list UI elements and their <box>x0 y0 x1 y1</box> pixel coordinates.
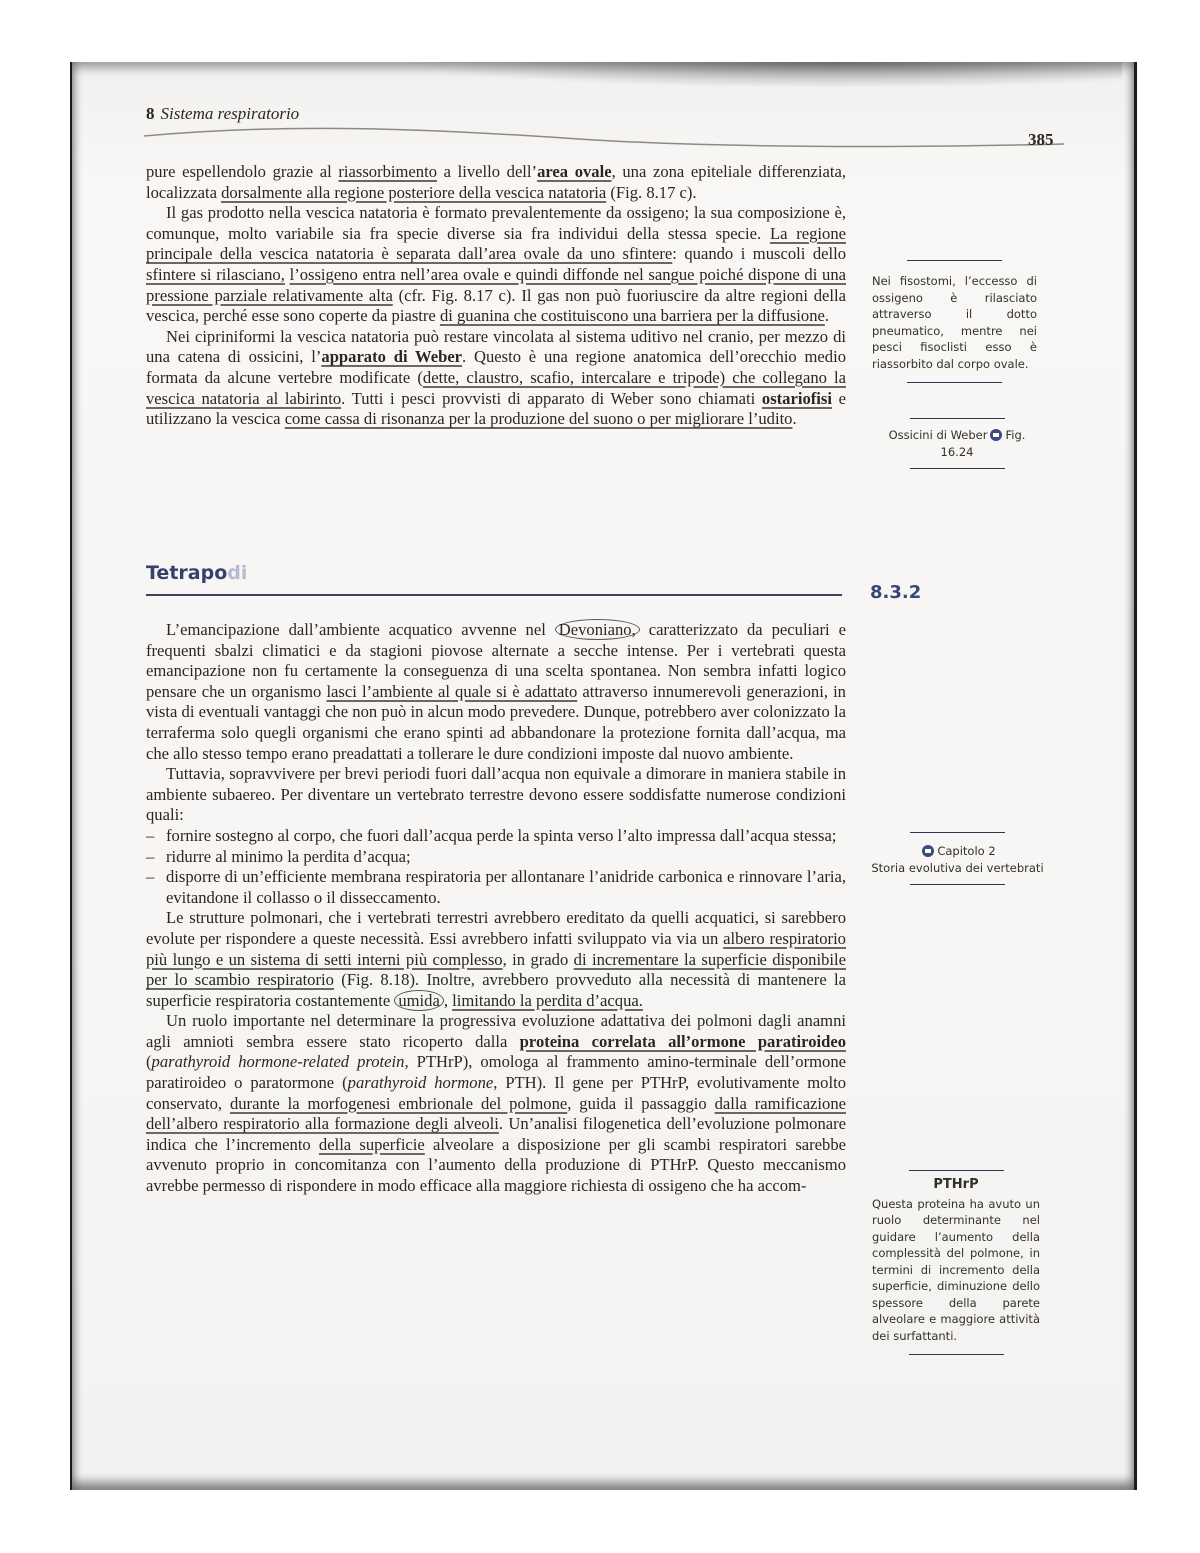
paragraph: Tuttavia, sopravvivere per brevi periodi… <box>146 764 846 826</box>
paragraph: Il gas prodotto nella vescica natatoria … <box>146 203 846 327</box>
list-item: ridurre al minimo la perdita d’acqua; <box>146 847 846 868</box>
note-rule <box>909 1170 1004 1171</box>
note-rule <box>910 468 1005 469</box>
note-rule <box>910 418 1005 419</box>
note-rule <box>910 832 1005 833</box>
paragraph: Nei cipriniformi la vescica natatoria pu… <box>146 327 846 430</box>
circled-term-umida: umida <box>394 990 443 1011</box>
header-rule <box>144 124 1064 148</box>
running-head: 8Sistema respiratorio <box>146 104 299 124</box>
margin-note-pthrp: PTHrP Questa proteina ha avuto un ruolo … <box>872 1170 1040 1355</box>
chapter-title: Sistema respiratorio <box>161 104 300 123</box>
term-ostariofisi: ostariofisi <box>762 389 832 408</box>
margin-note-fisostomi: Nei fisostomi, l’eccesso di ossigeno è r… <box>872 260 1037 383</box>
list-item: disporre di un’efficiente membrana respi… <box>146 867 846 908</box>
section-title: Tetrapodi <box>146 562 842 596</box>
note-rule <box>909 1354 1004 1355</box>
book-page: 8Sistema respiratorio 385 pure espellend… <box>70 62 1137 1490</box>
conditions-list: fornire sostegno al corpo, che fuori dal… <box>146 826 846 908</box>
note-rule <box>907 260 1002 261</box>
page-curl-shadow <box>402 62 1122 88</box>
paragraph: Le strutture polmonari, che i vertebrati… <box>146 908 846 1011</box>
paragraph: L’emancipazione dall’ambiente acquatico … <box>146 620 846 764</box>
note-title: PTHrP <box>872 1177 1040 1194</box>
main-text-top: pure espellendolo grazie al riassorbimen… <box>146 162 846 430</box>
main-text-bottom: L’emancipazione dall’ambiente acquatico … <box>146 620 846 1197</box>
margin-note-capitolo: Capitolo 2 Storia evolutiva dei vertebra… <box>870 832 1045 885</box>
section-number: 8.3.2 <box>870 582 921 603</box>
paragraph: pure espellendolo grazie al riassorbimen… <box>146 162 846 203</box>
term-area-ovale: area ovale <box>537 162 612 181</box>
chapter-reference[interactable]: Capitolo 2 <box>937 844 995 858</box>
chapter-number: 8 <box>146 104 155 123</box>
list-item: fornire sostegno al corpo, che fuori dal… <box>146 826 846 847</box>
arrow-right-circle-icon <box>922 845 934 857</box>
page-number: 385 <box>1028 130 1054 150</box>
term-apparato-di-weber: apparato di Weber <box>321 347 462 366</box>
arrow-right-circle-icon <box>990 429 1002 441</box>
term-pthrp: proteina correlata all’ormone paratiroid… <box>520 1032 846 1051</box>
paragraph: Un ruolo importante nel determinare la p… <box>146 1011 846 1196</box>
note-rule <box>907 382 1002 383</box>
margin-note-weber: Ossicini di WeberFig. 16.24 <box>872 418 1042 469</box>
note-rule <box>910 884 1005 885</box>
circled-term-devoniano: Devoniano, <box>555 619 640 640</box>
